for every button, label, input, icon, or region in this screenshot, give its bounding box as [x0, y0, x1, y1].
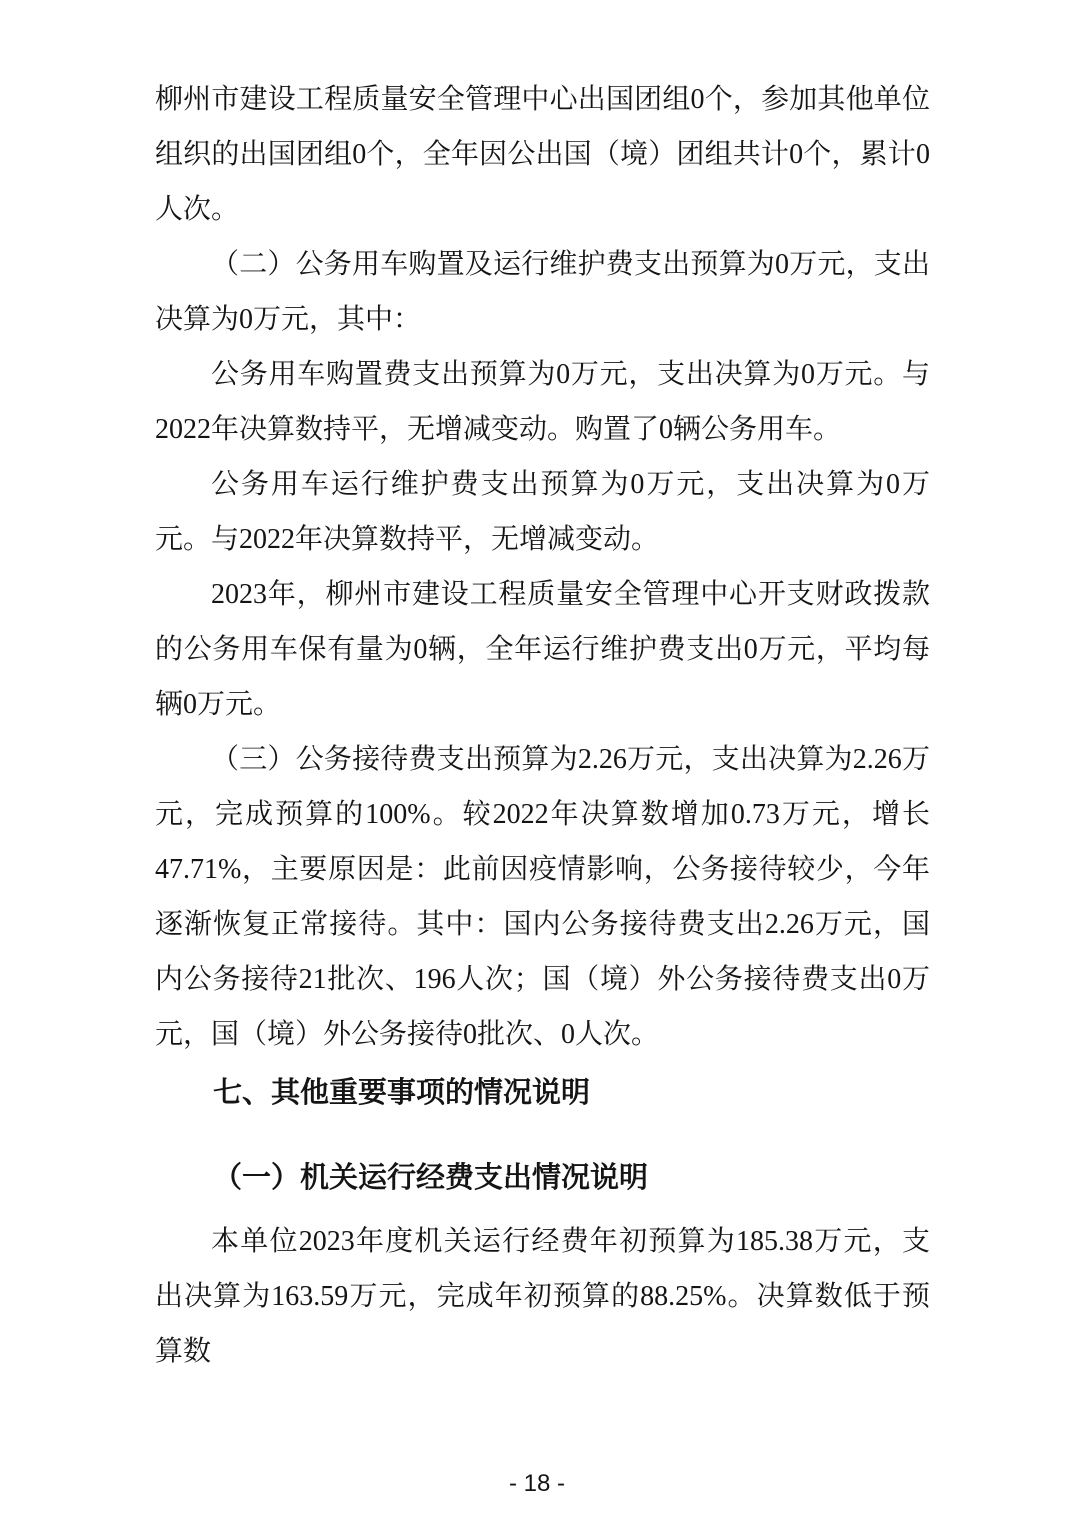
para-official-reception: （三）公务接待费支出预算为2.26万元，支出决算为2.26万元，完成预算的100…	[155, 732, 930, 1062]
subsection-heading-operating-expenses: （一）机关运行经费支出情况说明	[155, 1151, 930, 1206]
para-vehicle-budget-intro: （二）公务用车购置及运行维护费支出预算为0万元，支出决算为0万元，其中：	[155, 237, 930, 347]
section-heading-other-important-matters: 七、其他重要事项的情况说明	[155, 1066, 930, 1121]
para-overseas-groups: 柳州市建设工程质量安全管理中心出国团组0个，参加其他单位组织的出国团组0个，全年…	[155, 72, 930, 237]
para-operating-expenses: 本单位2023年度机关运行经费年初预算为185.38万元，支出决算为163.59…	[155, 1214, 930, 1379]
document-content: 柳州市建设工程质量安全管理中心出国团组0个，参加其他单位组织的出国团组0个，全年…	[155, 72, 930, 1379]
document-page: 柳州市建设工程质量安全管理中心出国团组0个，参加其他单位组织的出国团组0个，全年…	[0, 0, 1074, 1520]
page-number: - 18 -	[0, 1470, 1074, 1498]
para-vehicle-ownership: 2023年，柳州市建设工程质量安全管理中心开支财政拨款的公务用车保有量为0辆，全…	[155, 567, 930, 732]
para-vehicle-purchase: 公务用车购置费支出预算为0万元，支出决算为0万元。与2022年决算数持平，无增减…	[155, 347, 930, 457]
para-vehicle-maintenance: 公务用车运行维护费支出预算为0万元，支出决算为0万元。与2022年决算数持平，无…	[155, 457, 930, 567]
